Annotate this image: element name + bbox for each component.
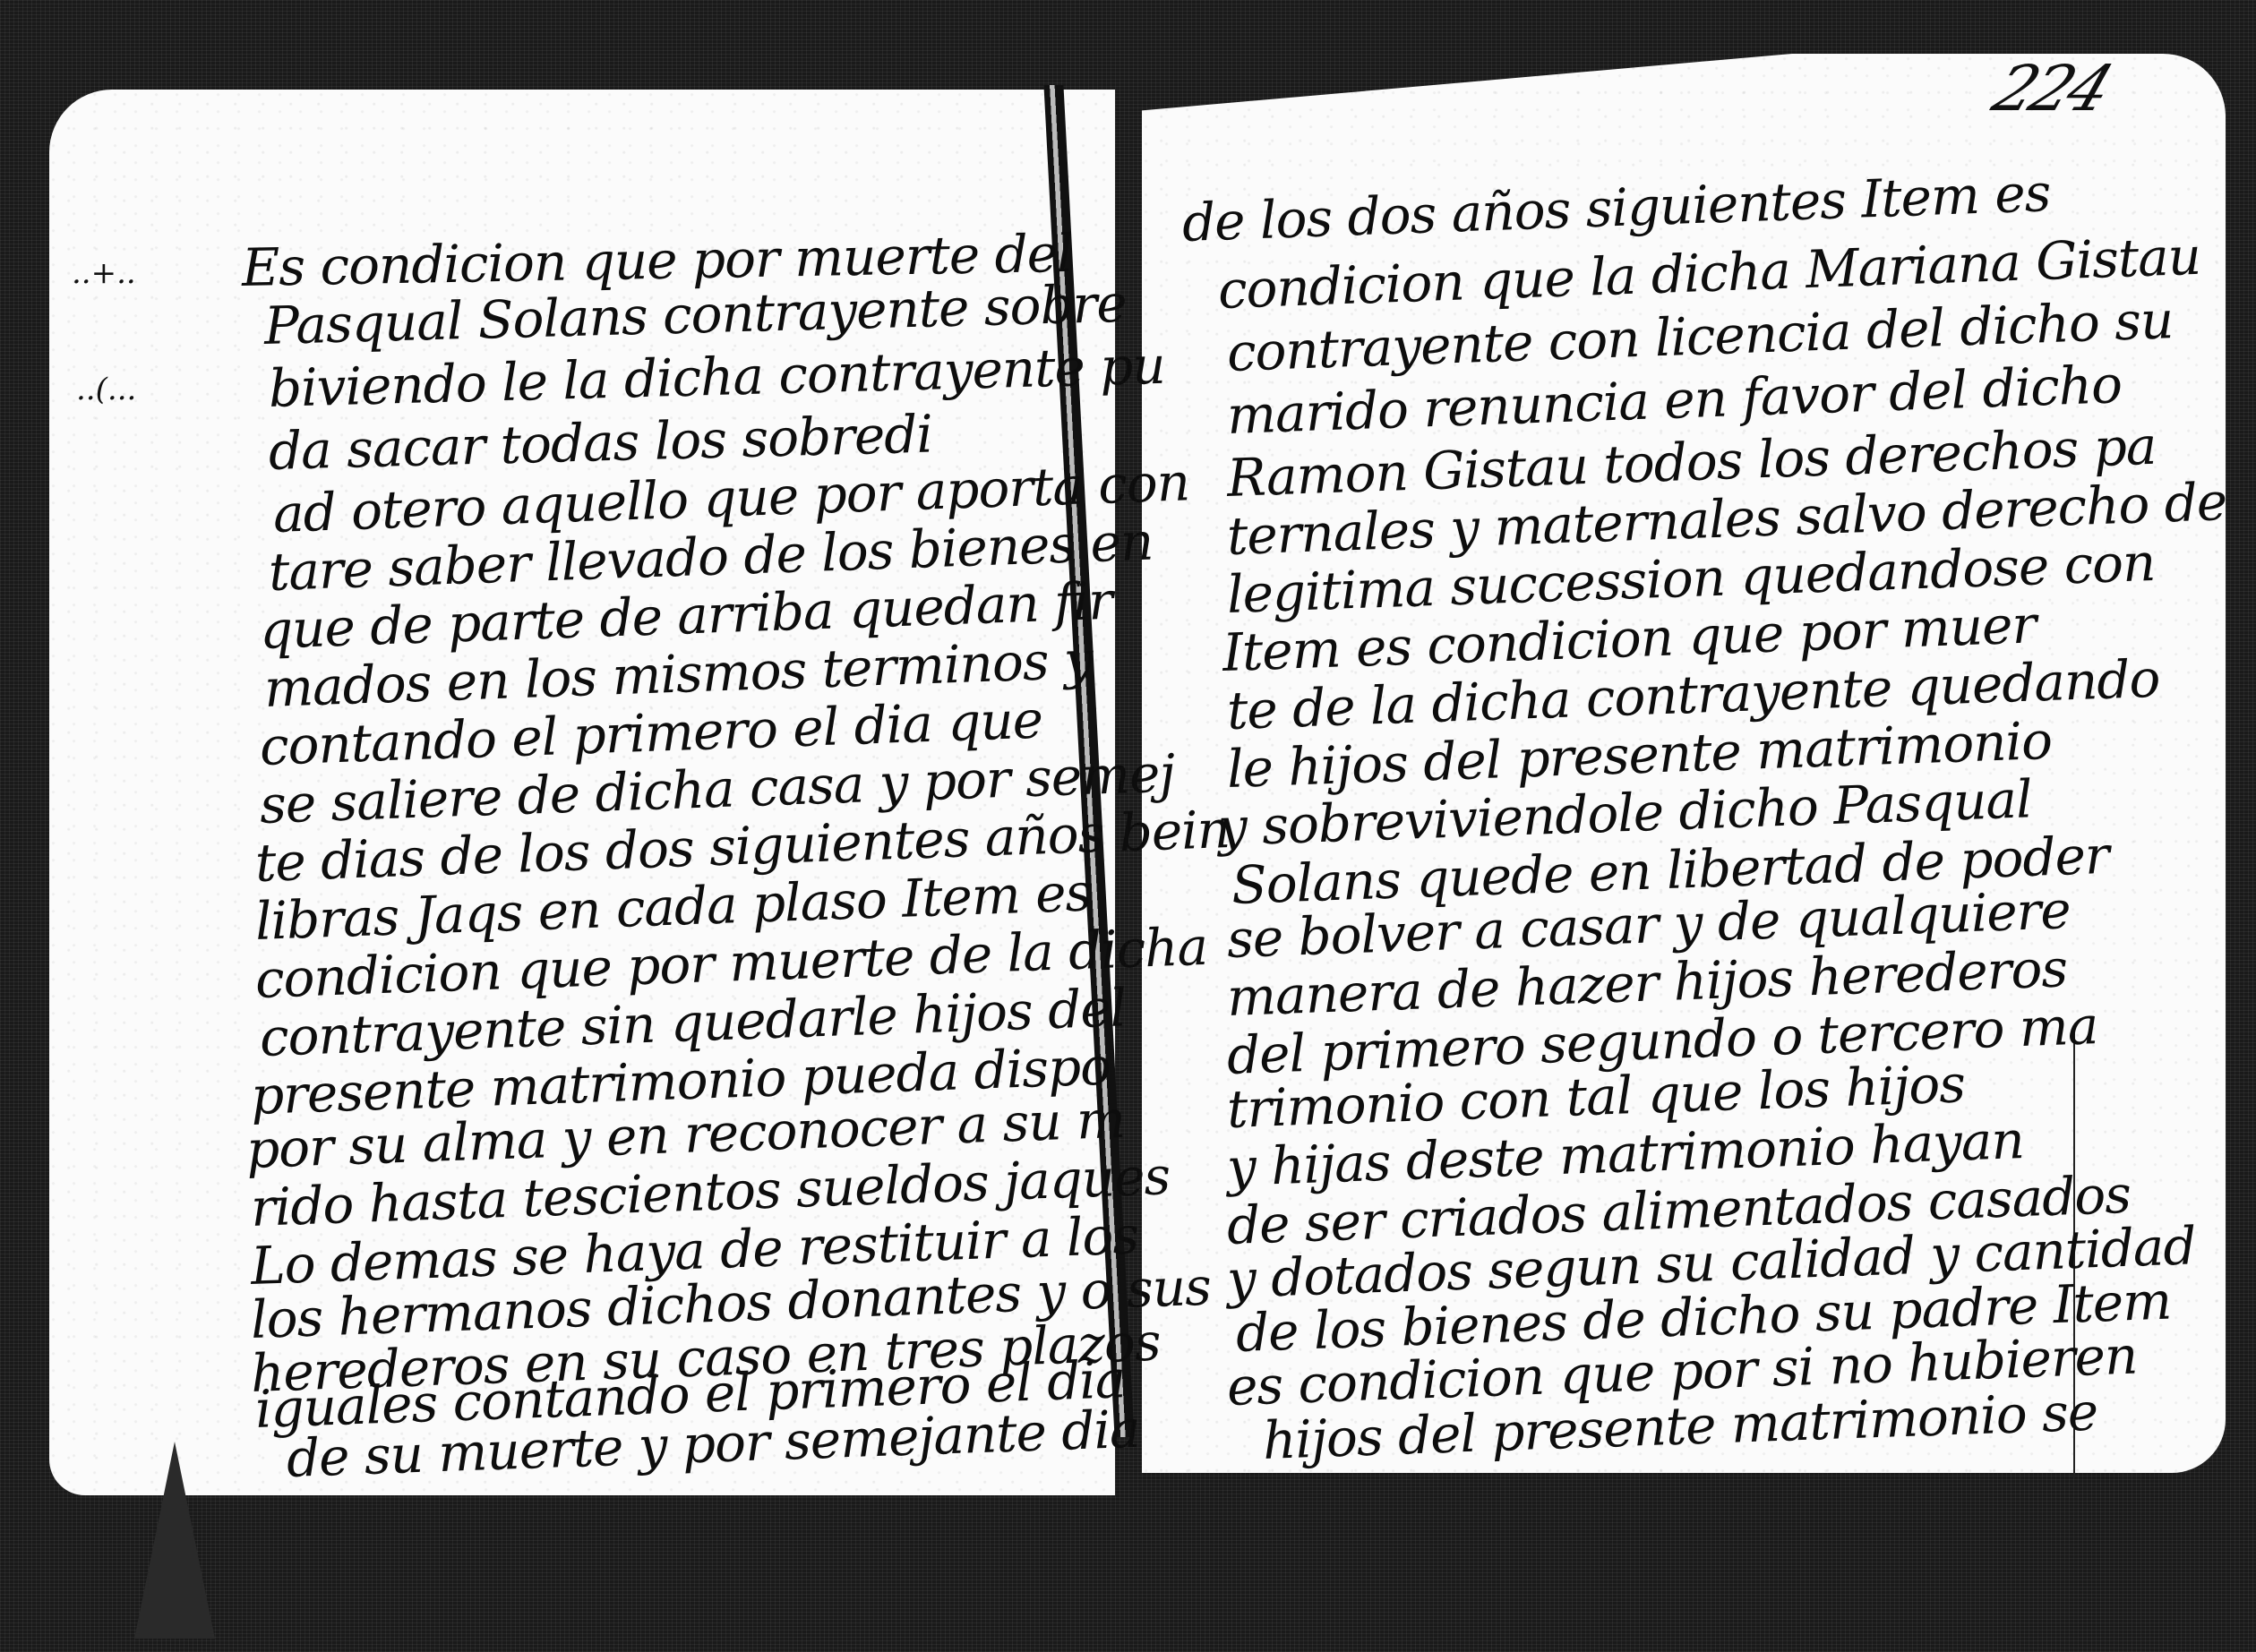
page-corner-fold — [134, 1442, 215, 1639]
margin-note: ..+.. — [72, 255, 136, 291]
margin-note: ..(... — [76, 372, 136, 407]
